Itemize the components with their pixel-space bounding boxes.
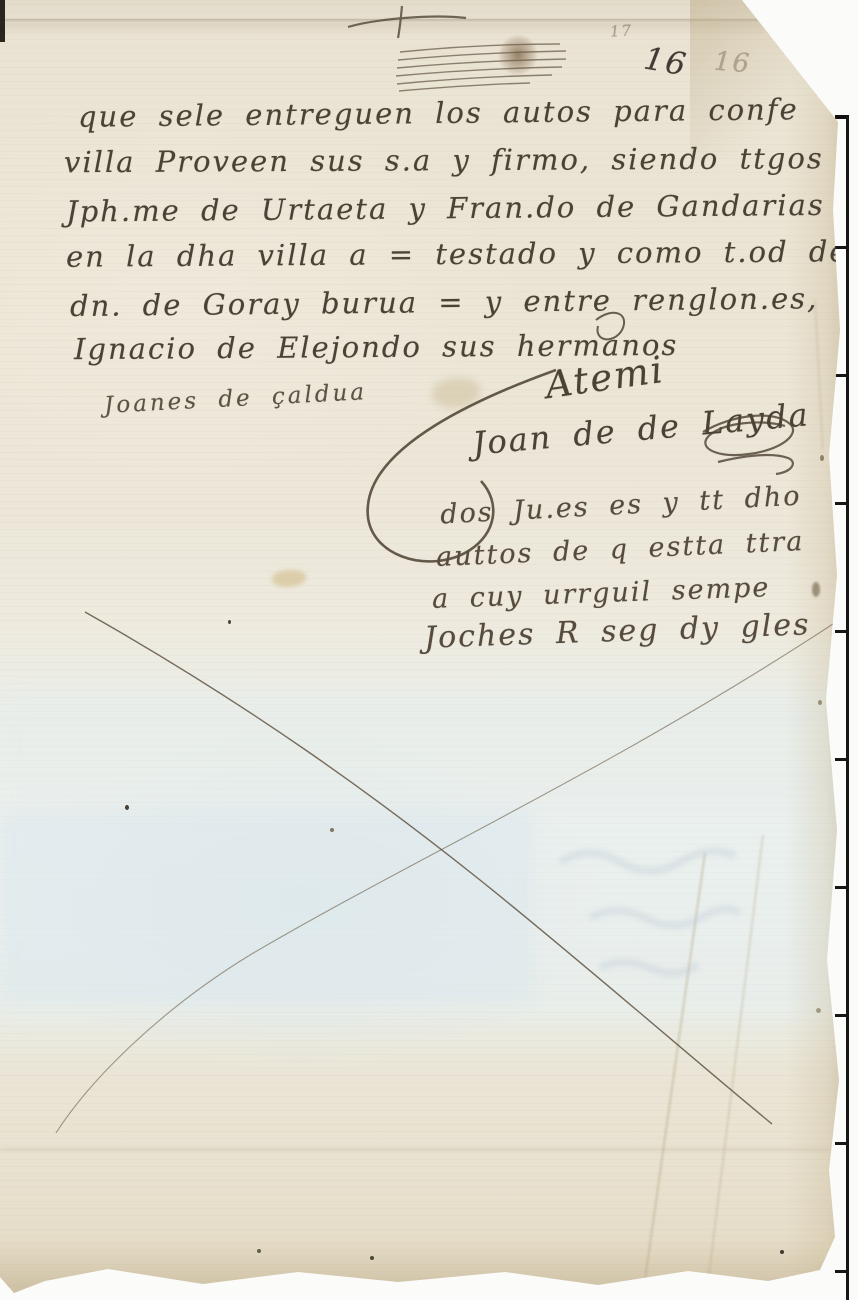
ruler-tick <box>835 374 847 377</box>
scanned-document: { "scan": { "ruler_name": "measuring-sca… <box>0 0 858 1300</box>
folio-number: 16 <box>641 41 690 84</box>
ruler-tick <box>835 630 847 633</box>
corner-mark: 17 <box>609 21 633 41</box>
corner-cut-line <box>766 8 802 50</box>
invocation-cross-icon <box>348 6 466 38</box>
body-line: en la dha villa a = testado y como t.od … <box>66 234 849 273</box>
ruler-tick <box>835 1270 847 1273</box>
ruler-tick <box>835 886 847 889</box>
hatch-marks <box>396 44 566 91</box>
manuscript-page: 17 16 16 que sele entreguen los autos pa… <box>0 0 858 1300</box>
ruler-tick <box>835 246 847 249</box>
ruler-line <box>846 116 849 1300</box>
cancellation-cross <box>56 612 842 1133</box>
body-line: villa Proveen sus s.a y firmo, siendo tt… <box>64 141 858 179</box>
ruler-tick <box>835 1014 847 1017</box>
ruler-tick <box>835 502 847 505</box>
bleedthrough-writing <box>560 851 740 973</box>
folio-number-faint: 16 <box>713 47 752 80</box>
ruler-tick <box>835 1142 847 1145</box>
signature-flourish <box>368 370 556 561</box>
ruler-tick <box>835 758 847 761</box>
